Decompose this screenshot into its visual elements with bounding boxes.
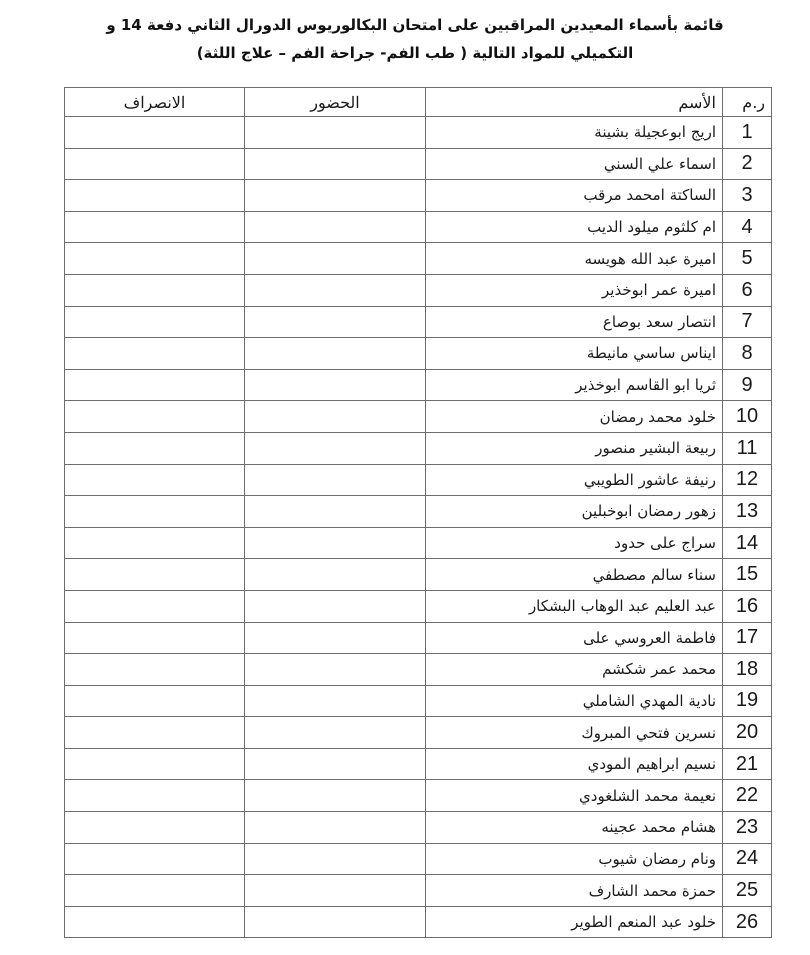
row-departure-cell[interactable] (65, 843, 245, 875)
row-name: ونام رمضان شيوب (426, 843, 723, 875)
row-name: اريج ابوعجيلة بشينة (426, 117, 723, 149)
table-row: 11ربيعة البشير منصور (65, 432, 772, 464)
row-name: ربيعة البشير منصور (426, 432, 723, 464)
row-departure-cell[interactable] (65, 432, 245, 464)
row-attendance-cell[interactable] (245, 338, 426, 370)
row-departure-cell[interactable] (65, 306, 245, 338)
row-number: 19 (723, 685, 772, 717)
row-departure-cell[interactable] (65, 496, 245, 528)
row-name: اميرة عبد الله هويسه (426, 243, 723, 275)
row-name: ثريا ابو القاسم ابوخذير (426, 369, 723, 401)
row-name: فاطمة العروسي على (426, 622, 723, 654)
table-row: 1اريج ابوعجيلة بشينة (65, 117, 772, 149)
document-title-line-1: قائمة بأسماء المعيدين المراقبين على امتح… (10, 16, 810, 34)
row-attendance-cell[interactable] (245, 527, 426, 559)
row-name: رنيفة عاشور الطويبي (426, 464, 723, 496)
row-attendance-cell[interactable] (245, 117, 426, 149)
table-row: 3الساكتة امحمد مرقب (65, 180, 772, 212)
row-attendance-cell[interactable] (245, 906, 426, 938)
row-departure-cell[interactable] (65, 180, 245, 212)
row-number: 21 (723, 748, 772, 780)
row-attendance-cell[interactable] (245, 401, 426, 433)
row-departure-cell[interactable] (65, 875, 245, 907)
table-row: 2اسماء علي السني (65, 148, 772, 180)
row-number: 2 (723, 148, 772, 180)
row-number: 6 (723, 274, 772, 306)
row-name: سناء سالم مصطفي (426, 559, 723, 591)
row-attendance-cell[interactable] (245, 812, 426, 844)
row-name: نعيمة محمد الشلغودي (426, 780, 723, 812)
row-name: نادية المهدي الشاملي (426, 685, 723, 717)
row-attendance-cell[interactable] (245, 464, 426, 496)
table-row: 8ايناس ساسي مانيطة (65, 338, 772, 370)
row-departure-cell[interactable] (65, 622, 245, 654)
row-attendance-cell[interactable] (245, 622, 426, 654)
table-row: 26خلود عبد المنعم الطوير (65, 906, 772, 938)
row-number: 18 (723, 654, 772, 686)
row-departure-cell[interactable] (65, 685, 245, 717)
row-attendance-cell[interactable] (245, 274, 426, 306)
table-row: 14سراج على حدود (65, 527, 772, 559)
table-row: 5اميرة عبد الله هويسه (65, 243, 772, 275)
row-attendance-cell[interactable] (245, 211, 426, 243)
row-departure-cell[interactable] (65, 369, 245, 401)
row-attendance-cell[interactable] (245, 306, 426, 338)
row-number: 5 (723, 243, 772, 275)
proctors-table: ر.م الأسم الحضور الانصراف 1اريج ابوعجيلة… (64, 87, 772, 938)
header-name: الأسم (426, 88, 723, 117)
table-row: 9ثريا ابو القاسم ابوخذير (65, 369, 772, 401)
row-number: 7 (723, 306, 772, 338)
row-departure-cell[interactable] (65, 559, 245, 591)
row-number: 13 (723, 496, 772, 528)
table-row: 22نعيمة محمد الشلغودي (65, 780, 772, 812)
row-attendance-cell[interactable] (245, 243, 426, 275)
row-number: 20 (723, 717, 772, 749)
row-attendance-cell[interactable] (245, 148, 426, 180)
row-name: ام كلثوم ميلود الديب (426, 211, 723, 243)
row-departure-cell[interactable] (65, 590, 245, 622)
row-name: عبد العليم عبد الوهاب البشكار (426, 590, 723, 622)
row-attendance-cell[interactable] (245, 432, 426, 464)
table-row: 6اميرة عمر ابوخذير (65, 274, 772, 306)
row-number: 4 (723, 211, 772, 243)
header-departure: الانصراف (65, 88, 245, 117)
row-name: اسماء علي السني (426, 148, 723, 180)
row-departure-cell[interactable] (65, 654, 245, 686)
row-name: نسيم ابراهيم المودي (426, 748, 723, 780)
table-row: 18محمد عمر شكشم (65, 654, 772, 686)
row-departure-cell[interactable] (65, 274, 245, 306)
row-number: 11 (723, 432, 772, 464)
table-row: 19نادية المهدي الشاملي (65, 685, 772, 717)
row-name: الساكتة امحمد مرقب (426, 180, 723, 212)
row-departure-cell[interactable] (65, 338, 245, 370)
row-number: 24 (723, 843, 772, 875)
table-row: 12رنيفة عاشور الطويبي (65, 464, 772, 496)
row-departure-cell[interactable] (65, 527, 245, 559)
row-number: 1 (723, 117, 772, 149)
row-attendance-cell[interactable] (245, 559, 426, 591)
table-row: 13زهور رمضان ابوخبلين (65, 496, 772, 528)
table-row: 23هشام محمد عجينه (65, 812, 772, 844)
row-number: 23 (723, 812, 772, 844)
row-number: 25 (723, 875, 772, 907)
row-number: 16 (723, 590, 772, 622)
row-attendance-cell[interactable] (245, 180, 426, 212)
row-departure-cell[interactable] (65, 148, 245, 180)
table-row: 10خلود محمد رمضان (65, 401, 772, 433)
row-name: اميرة عمر ابوخذير (426, 274, 723, 306)
header-attendance: الحضور (245, 88, 426, 117)
row-number: 22 (723, 780, 772, 812)
table-row: 25حمزة محمد الشارف (65, 875, 772, 907)
row-name: خلود عبد المنعم الطوير (426, 906, 723, 938)
row-attendance-cell[interactable] (245, 717, 426, 749)
row-departure-cell[interactable] (65, 401, 245, 433)
table-row: 24ونام رمضان شيوب (65, 843, 772, 875)
row-departure-cell[interactable] (65, 780, 245, 812)
table-row: 4ام كلثوم ميلود الديب (65, 211, 772, 243)
row-name: انتصار سعد بوصاع (426, 306, 723, 338)
row-name: حمزة محمد الشارف (426, 875, 723, 907)
row-name: زهور رمضان ابوخبلين (426, 496, 723, 528)
row-attendance-cell[interactable] (245, 685, 426, 717)
table-row: 20نسرين فتحي المبروك (65, 717, 772, 749)
row-departure-cell[interactable] (65, 812, 245, 844)
row-departure-cell[interactable] (65, 211, 245, 243)
row-attendance-cell[interactable] (245, 496, 426, 528)
row-name: محمد عمر شكشم (426, 654, 723, 686)
row-name: ايناس ساسي مانيطة (426, 338, 723, 370)
row-name: هشام محمد عجينه (426, 812, 723, 844)
table-header-row: ر.م الأسم الحضور الانصراف (65, 88, 772, 117)
row-number: 9 (723, 369, 772, 401)
row-number: 15 (723, 559, 772, 591)
row-name: سراج على حدود (426, 527, 723, 559)
row-departure-cell[interactable] (65, 906, 245, 938)
table-body: 1اريج ابوعجيلة بشينة2اسماء علي السني3الس… (65, 117, 772, 938)
row-number: 8 (723, 338, 772, 370)
row-attendance-cell[interactable] (245, 590, 426, 622)
row-number: 10 (723, 401, 772, 433)
row-name: نسرين فتحي المبروك (426, 717, 723, 749)
row-departure-cell[interactable] (65, 464, 245, 496)
table-row: 7انتصار سعد بوصاع (65, 306, 772, 338)
row-number: 3 (723, 180, 772, 212)
row-attendance-cell[interactable] (245, 654, 426, 686)
row-attendance-cell[interactable] (245, 875, 426, 907)
table-row: 17فاطمة العروسي على (65, 622, 772, 654)
row-departure-cell[interactable] (65, 243, 245, 275)
row-attendance-cell[interactable] (245, 843, 426, 875)
table-row: 16عبد العليم عبد الوهاب البشكار (65, 590, 772, 622)
row-number: 12 (723, 464, 772, 496)
row-departure-cell[interactable] (65, 117, 245, 149)
row-name: خلود محمد رمضان (426, 401, 723, 433)
row-attendance-cell[interactable] (245, 780, 426, 812)
row-number: 17 (723, 622, 772, 654)
header-number: ر.م (723, 88, 772, 117)
table-row: 15سناء سالم مصطفي (65, 559, 772, 591)
row-departure-cell[interactable] (65, 748, 245, 780)
table-row: 21نسيم ابراهيم المودي (65, 748, 772, 780)
document-title-line-2: التكميلي للمواد التالية ( طب الفم- جراحة… (10, 44, 810, 62)
row-number: 26 (723, 906, 772, 938)
row-number: 14 (723, 527, 772, 559)
row-attendance-cell[interactable] (245, 748, 426, 780)
row-departure-cell[interactable] (65, 717, 245, 749)
row-attendance-cell[interactable] (245, 369, 426, 401)
